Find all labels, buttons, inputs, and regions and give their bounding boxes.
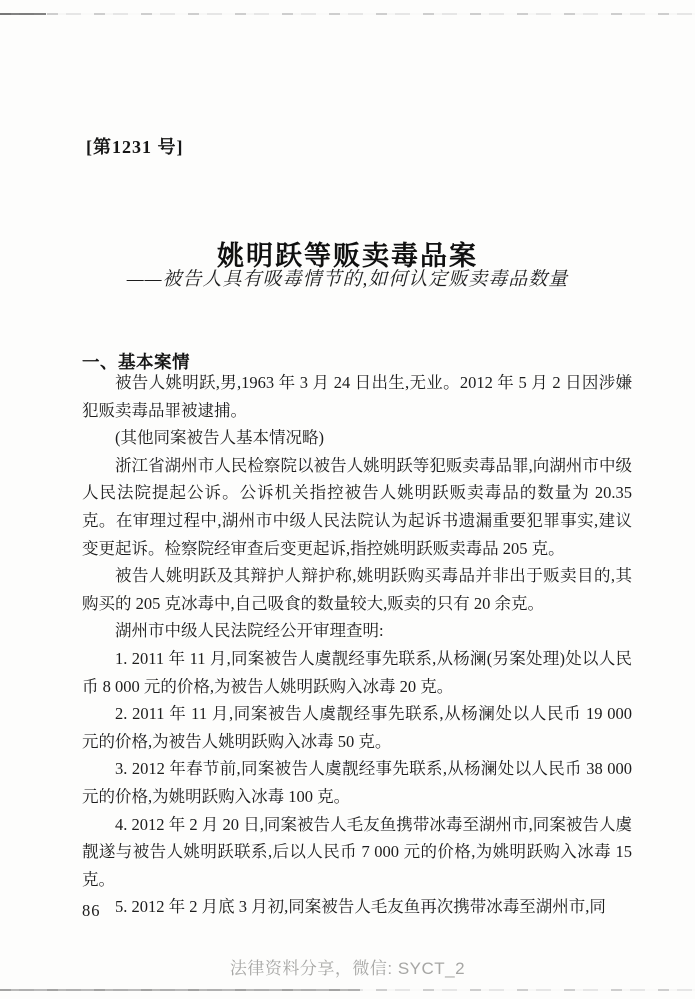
paragraph: 被告人姚明跃,男,1963 年 3 月 24 日出生,无业。2012 年 5 月… <box>82 369 632 424</box>
scanned-book-page: [第1231 号] 姚明跃等贩卖毒品案 ——被告人具有吸毒情节的,如何认定贩卖毒… <box>0 0 695 999</box>
paragraph: (其他同案被告人基本情况略) <box>82 424 632 452</box>
scan-artifact-dark-segment <box>0 13 46 15</box>
page-number: 86 <box>82 901 101 921</box>
page-subtitle: ——被告人具有吸毒情节的,如何认定贩卖毒品数量 <box>0 264 695 291</box>
footer-watermark-text: 法律资料分享，微信: SYCT_2 <box>0 954 695 979</box>
case-number: [第1231 号] <box>86 133 184 159</box>
body-paragraphs: 被告人姚明跃,男,1963 年 3 月 24 日出生,无业。2012 年 5 月… <box>82 369 632 921</box>
paragraph: 2. 2011 年 11 月,同案被告人虞靓经事先联系,从杨澜处以人民币 19 … <box>82 700 632 755</box>
scan-artifact-bottom-line <box>0 989 695 991</box>
paragraph: 浙江省湖州市人民检察院以被告人姚明跃等犯贩卖毒品罪,向湖州市中级人民法院提起公诉… <box>82 452 632 562</box>
scan-artifact-top-line <box>0 13 695 15</box>
paragraph: 被告人姚明跃及其辩护人辩护称,姚明跃购买毒品并非出于贩卖目的,其购买的 205 … <box>82 562 632 617</box>
paragraph: 1. 2011 年 11 月,同案被告人虞靓经事先联系,从杨澜(另案处理)处以人… <box>82 645 632 700</box>
scan-artifact-dark-segment <box>0 989 360 991</box>
paragraph: 5. 2012 年 2 月底 3 月初,同案被告人毛友鱼再次携带冰毒至湖州市,同 <box>82 893 632 921</box>
paragraph: 4. 2012 年 2 月 20 日,同案被告人毛友鱼携带冰毒至湖州市,同案被告… <box>82 811 632 894</box>
paragraph: 3. 2012 年春节前,同案被告人虞靓经事先联系,从杨澜处以人民币 38 00… <box>82 755 632 810</box>
paragraph: 湖州市中级人民法院经公开审理查明: <box>82 617 632 645</box>
